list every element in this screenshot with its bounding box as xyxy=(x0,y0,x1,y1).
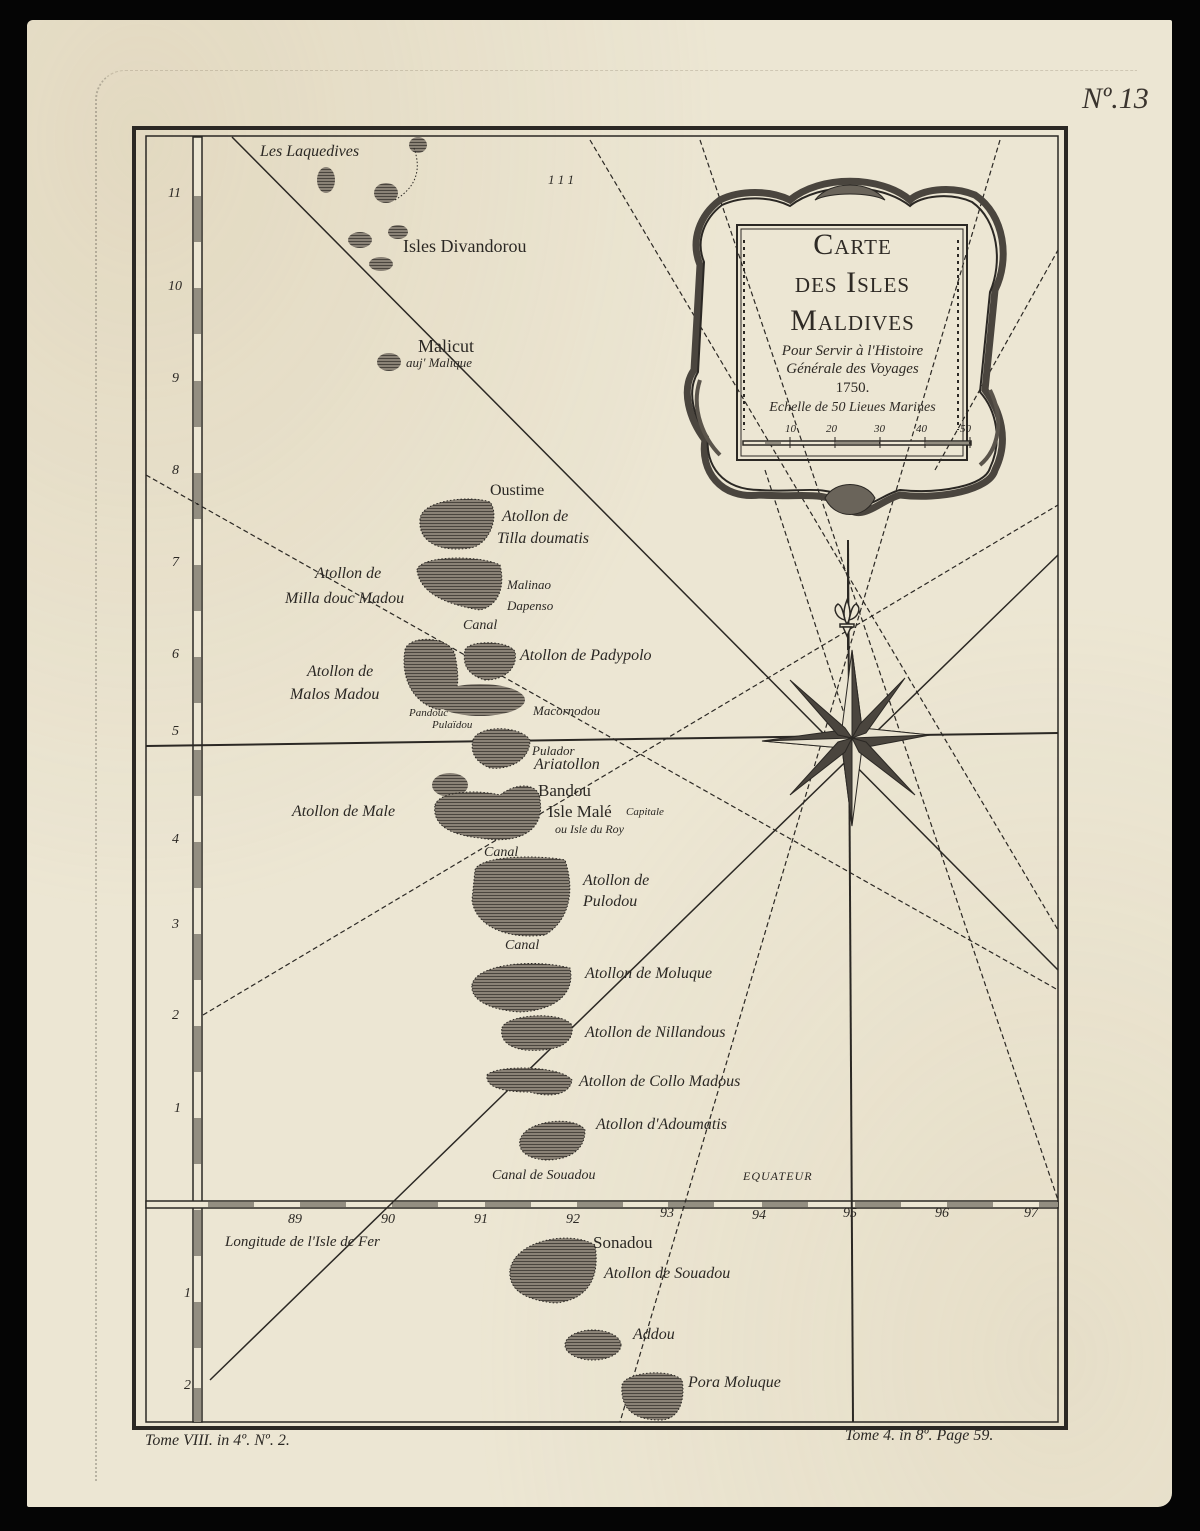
footer-left: Tome VIII. in 4º. Nº. 2. xyxy=(145,1432,290,1450)
scale-tick-40: 40 xyxy=(916,423,927,435)
label-padypolo: Atollon de Padypolo xyxy=(520,647,652,665)
label-milladou-1: Atollon de xyxy=(315,565,381,583)
scale-tick-20: 20 xyxy=(826,423,837,435)
title-line-2: des Isles xyxy=(740,266,965,300)
lon-tick-93: 93 xyxy=(660,1206,674,1222)
lat-tick-11: 11 xyxy=(168,186,181,202)
lon-tick-97: 97 xyxy=(1024,1206,1038,1222)
lon-tick-91: 91 xyxy=(474,1212,488,1228)
scale-tick-30: 30 xyxy=(874,423,885,435)
label-canal-2: Canal xyxy=(484,845,518,861)
label-pora-moluque: Pora Moluque xyxy=(688,1374,781,1392)
label-pulaidou: Pulaïdou xyxy=(432,719,472,731)
lat-tick-8: 8 xyxy=(172,463,179,479)
league-scale-bar xyxy=(743,437,971,448)
label-pulodou-2: Pulodou xyxy=(583,893,637,911)
label-malosmadou-1: Atollon de xyxy=(307,663,373,681)
label-malicut: Malicut xyxy=(418,336,474,357)
lat-tick-4: 4 xyxy=(172,832,179,848)
label-tilladoumatis-2: Tilla doumatis xyxy=(497,530,589,548)
label-isle-male: Isle Malé xyxy=(548,802,612,822)
lon-tick-92: 92 xyxy=(566,1212,580,1228)
label-oustime: Oustime xyxy=(490,482,544,500)
compass-rose xyxy=(762,540,930,826)
lon-tick-95: 95 xyxy=(843,1206,857,1222)
label-addou: Addou xyxy=(633,1326,675,1344)
lat-tick-1: 1 xyxy=(174,1101,181,1117)
longitude-label: Longitude de l'Isle de Fer xyxy=(225,1234,380,1251)
label-dapenso: Dapenso xyxy=(507,598,553,614)
label-malinao: Malinao xyxy=(507,577,551,593)
scale-title: Echelle de 50 Lieues Marines xyxy=(730,400,975,416)
label-atollon-male: Atollon de Male xyxy=(292,803,395,821)
lon-tick-96: 96 xyxy=(935,1206,949,1222)
subtitle-line-2: Générale des Voyages xyxy=(730,361,975,378)
label-divandorou: Isles Divandorou xyxy=(403,236,526,257)
label-laquedives: Les Laquedives xyxy=(260,143,359,161)
label-adoumatis: Atollon d'Adoumatis xyxy=(596,1116,727,1134)
label-canal-souadou: Canal de Souadou xyxy=(492,1168,595,1184)
label-malosmadou-2: Malos Madou xyxy=(290,686,379,704)
stray-mark: 1 1 1 xyxy=(548,172,574,188)
label-sonadou: Sonadou xyxy=(593,1233,653,1253)
title-line-1: Carte xyxy=(740,228,965,262)
lat-tick-3: 3 xyxy=(172,917,179,933)
islands xyxy=(317,137,683,1420)
lon-tick-89: 89 xyxy=(288,1212,302,1228)
label-isle-du-roy: ou Isle du Roy xyxy=(555,822,624,837)
label-pandouc: Pandouc xyxy=(409,707,448,719)
label-nillandous: Atollon de Nillandous xyxy=(585,1024,725,1042)
footer-right: Tome 4. in 8º. Page 59. xyxy=(845,1427,993,1445)
lat-tick-9: 9 xyxy=(172,371,179,387)
label-moluque: Atollon de Moluque xyxy=(585,965,712,983)
label-canal-3: Canal xyxy=(505,938,539,954)
cartouche-year: 1750. xyxy=(730,380,975,397)
lon-tick-94: 94 xyxy=(752,1208,766,1224)
label-canal-1: Canal xyxy=(463,618,497,634)
label-collomadous: Atollon de Collo Madous xyxy=(579,1073,740,1091)
title-line-3: Maldives xyxy=(740,304,965,338)
label-bandou: Bandou xyxy=(538,781,591,801)
plate-number: Nº.13 xyxy=(1082,82,1149,116)
lat-tick-2: 2 xyxy=(172,1008,179,1024)
scale-tick-10: 10 xyxy=(785,423,796,435)
lat-tick-6: 6 xyxy=(172,647,179,663)
label-macornodou: Macornodou xyxy=(533,703,600,719)
fleur-de-lis-icon xyxy=(835,600,859,636)
scale-tick-50: 50 xyxy=(960,423,971,435)
label-pulodou-1: Atollon de xyxy=(583,872,649,890)
label-capitale: Capitale xyxy=(626,806,664,818)
label-ariatollon: Ariatollon xyxy=(534,756,600,774)
equator-scale-bar xyxy=(146,1201,1058,1208)
lon-tick-90: 90 xyxy=(381,1212,395,1228)
label-malique: auj' Malique xyxy=(406,355,472,371)
map-graphics xyxy=(0,0,1200,1531)
lat-tick-7: 7 xyxy=(172,555,179,571)
lat-tick-south-2: 2 xyxy=(184,1378,191,1394)
label-milladou-2: Milla douc Madou xyxy=(285,590,404,608)
equator-label: EQUATEUR xyxy=(743,1169,813,1184)
lat-tick-5: 5 xyxy=(172,724,179,740)
label-tilladoumatis-1: Atollon de xyxy=(502,508,568,526)
lat-tick-10: 10 xyxy=(168,279,182,295)
label-souadou: Atollon de Souadou xyxy=(604,1265,730,1283)
subtitle-line-1: Pour Servir à l'Histoire xyxy=(730,343,975,360)
lat-tick-south-1: 1 xyxy=(184,1286,191,1302)
latitude-scale-bar xyxy=(193,137,202,1422)
